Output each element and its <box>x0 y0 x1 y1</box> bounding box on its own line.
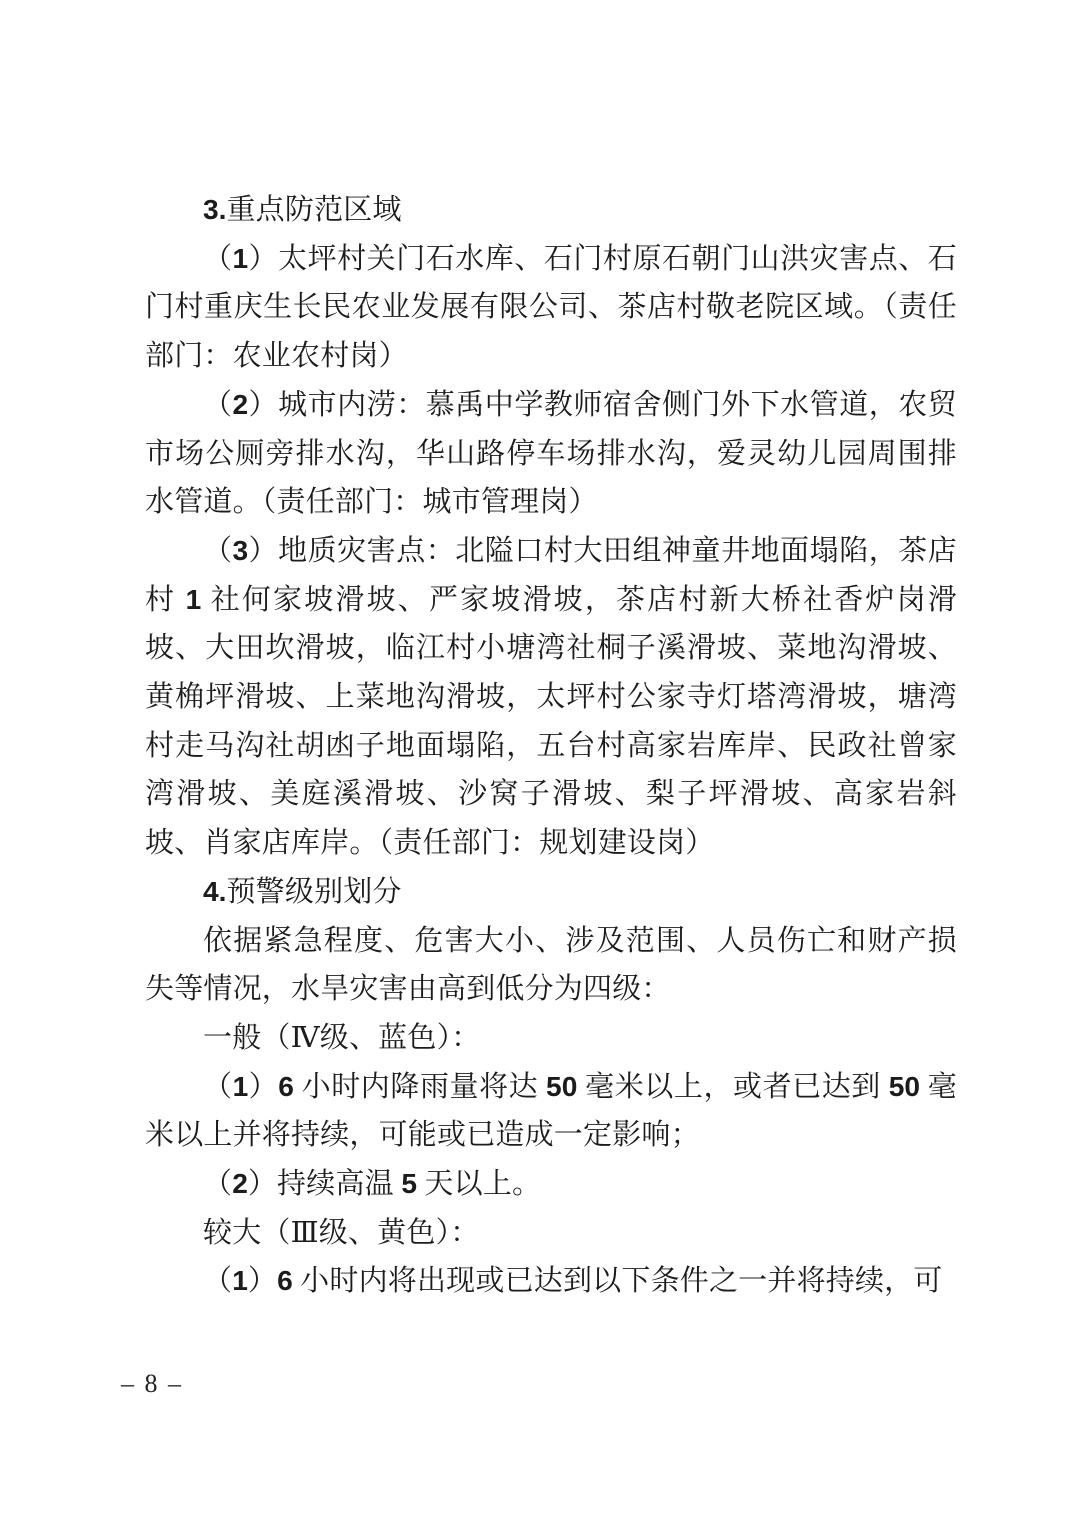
section-4-heading: 4.预警级别划分 <box>145 868 957 917</box>
para-key-area-3-geology: （3）地质灾害点：北隘口村大田组神童井地面塌陷，茶店村 1 社何家坡滑坡、严家坡… <box>145 527 957 868</box>
para-level-iv-blue: 一般（Ⅳ级、蓝色）： <box>145 1014 957 1063</box>
para-key-area-2-urban: （2）城市内涝：慕禹中学教师宿舍侧门外下水管道，农贸市场公厕旁排水沟，华山路停车… <box>145 381 957 527</box>
section-3-heading: 3.重点防范区域 <box>145 186 957 235</box>
para-level-iii-cond-1: （1）6 小时内将出现或已达到以下条件之一并将持续，可 <box>145 1257 957 1306</box>
para-warning-basis: 依据紧急程度、危害大小、涉及范围、人员伤亡和财产损失等情况，水旱灾害由高到低分为… <box>145 917 957 1014</box>
document-page: 3.重点防范区域 （1）太坪村关门石水库、石门村原石朝门山洪灾害点、石门村重庆生… <box>0 0 1074 1520</box>
para-key-area-1-flood: （1）太坪村关门石水库、石门村原石朝门山洪灾害点、石门村重庆生长民农业发展有限公… <box>145 235 957 381</box>
para-level-iii-yellow: 较大（Ⅲ级、黄色）： <box>145 1209 957 1258</box>
document-body: 3.重点防范区域 （1）太坪村关门石水库、石门村原石朝门山洪灾害点、石门村重庆生… <box>145 186 957 1306</box>
page-number: – 8 – <box>121 1369 183 1399</box>
para-level-iv-cond-1: （1）6 小时内降雨量将达 50 毫米以上，或者已达到 50 毫米以上并将持续，… <box>145 1063 957 1160</box>
para-level-iv-cond-2: （2）持续高温 5 天以上。 <box>145 1160 957 1209</box>
